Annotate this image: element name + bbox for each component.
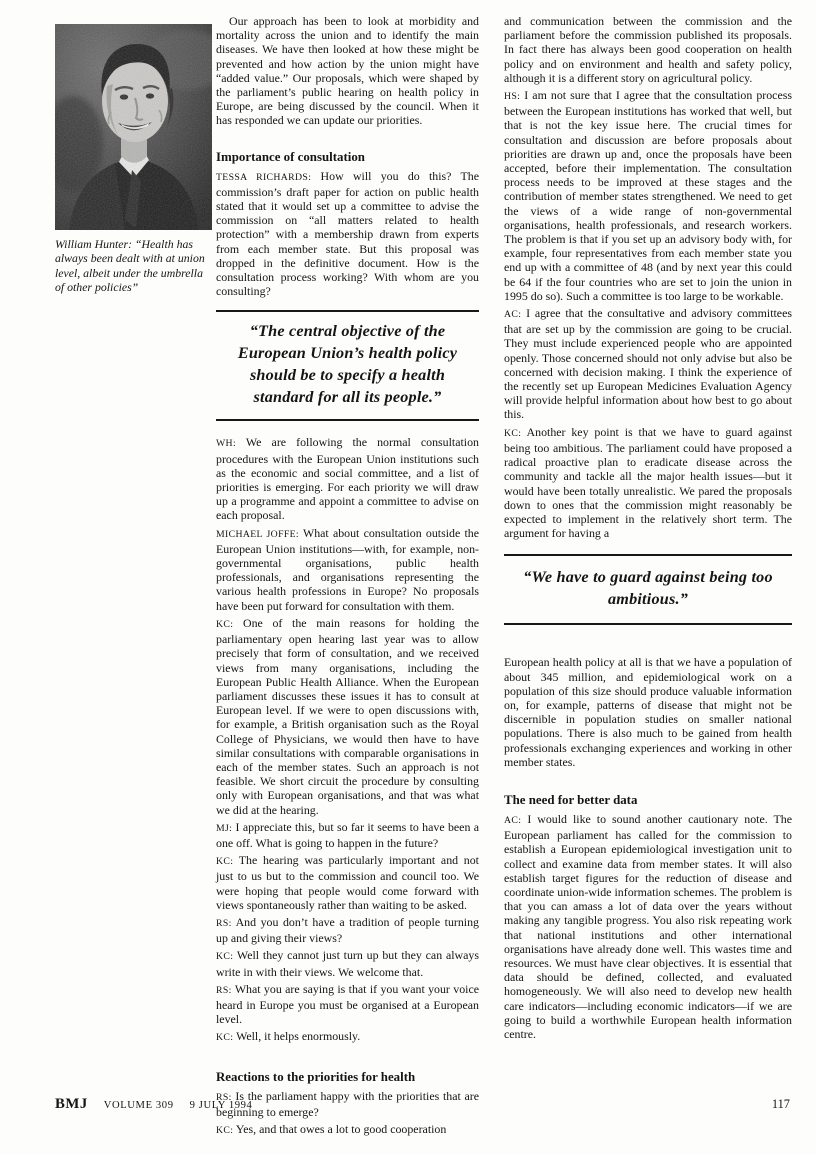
dialog-text: Another key point is that we have to gua… [504, 425, 792, 540]
paragraph-ac-1: AC: I agree that the consultative and ad… [504, 306, 792, 422]
speaker-label: KC: [216, 1125, 233, 1136]
paragraph-rs-1: RS: And you don’t have a tradition of pe… [216, 915, 479, 945]
dialog-text: I agree that the consultative and adviso… [504, 306, 792, 421]
dialog-text: One of the main reasons for holding the … [216, 616, 479, 817]
paragraph-continuation: and communication between the commission… [504, 14, 792, 85]
speaker-label: AC: [504, 815, 521, 826]
paragraph-rs-2: RS: What you are saying is that if you w… [216, 982, 479, 1027]
journal-page: William Hunter: “Health has always been … [0, 0, 816, 1155]
dialog-text: I am not sure that I agree that the cons… [504, 88, 792, 303]
paragraph-wh: WH: We are following the normal consulta… [216, 435, 479, 522]
portrait-photo [55, 24, 212, 230]
heading-need-for-better-data: The need for better data [504, 793, 792, 808]
dialog-text: How will you do this? The commission’s d… [216, 169, 479, 299]
journal-date: 9 JULY 1994 [190, 1100, 253, 1111]
pull-quote-guard-ambitious: “We have to guard against being too ambi… [504, 554, 792, 625]
dialog-text: I would like to sound another cautionary… [504, 812, 792, 1041]
speaker-label: MICHAEL JOFFE: [216, 529, 299, 540]
speaker-label: WH: [216, 438, 236, 449]
paragraph-intro: Our approach has been to look at morbidi… [216, 14, 479, 128]
paragraph-hs: HS: I am not sure that I agree that the … [504, 88, 792, 303]
paragraph-continuation-2: European health policy at all is that we… [504, 655, 792, 769]
paragraph-michael-joffe: MICHAEL JOFFE: What about consultation o… [216, 526, 479, 613]
journal-title: BMJ [55, 1096, 88, 1113]
column-left: William Hunter: “Health has always been … [55, 24, 213, 294]
speaker-label: HS: [504, 91, 520, 102]
paragraph-kc-right-1: KC: Another key point is that we have to… [504, 425, 792, 541]
portrait-figure: William Hunter: “Health has always been … [55, 24, 213, 294]
dialog-text: The hearing was particularly important a… [216, 853, 479, 912]
speaker-label: KC: [216, 619, 233, 630]
journal-volume: VOLUME 309 [104, 1100, 174, 1111]
speaker-label: TESSA RICHARDS: [216, 172, 311, 183]
page-number: 117 [772, 1097, 790, 1112]
paragraph-kc-5: KC: Yes, and that owes a lot to good coo… [216, 1122, 479, 1138]
paragraph-mj: MJ: I appreciate this, but so far it see… [216, 820, 479, 850]
speaker-label: MJ: [216, 823, 232, 834]
paragraph-ac-2: AC: I would like to sound another cautio… [504, 812, 792, 1041]
paragraph-kc-1: KC: One of the main reasons for holding … [216, 616, 479, 817]
dialog-text: Yes, and that owes a lot to good coopera… [236, 1122, 446, 1136]
heading-importance-of-consultation: Importance of consultation [216, 150, 479, 165]
heading-reactions-to-priorities: Reactions to the priorities for health [216, 1070, 479, 1085]
dialog-text: Well, it helps enormously. [236, 1029, 360, 1043]
speaker-label: KC: [216, 856, 233, 867]
speaker-label: KC: [504, 428, 521, 439]
speaker-label: KC: [216, 951, 233, 962]
column-right: and communication between the commission… [504, 14, 792, 1044]
speaker-label: KC: [216, 1032, 233, 1043]
speaker-label: RS: [216, 985, 232, 996]
page-footer: BMJ VOLUME 309 9 JULY 1994 117 [55, 1096, 790, 1113]
pull-quote-central-objective: “The central objective of the European U… [216, 310, 479, 421]
photo-caption: William Hunter: “Health has always been … [55, 237, 213, 294]
paragraph-kc-2: KC: The hearing was particularly importa… [216, 853, 479, 912]
paragraph-kc-4: KC: Well, it helps enormously. [216, 1029, 479, 1045]
dialog-text: What you are saying is that if you want … [216, 982, 479, 1026]
column-middle: Our approach has been to look at morbidi… [216, 14, 479, 1141]
dialog-text: And you don’t have a tradition of people… [216, 915, 479, 945]
dialog-text: Well they cannot just turn up but they c… [216, 948, 479, 978]
dialog-text: We are following the normal consultation… [216, 435, 479, 522]
paragraph-kc-3: KC: Well they cannot just turn up but th… [216, 948, 479, 978]
journal-info: BMJ VOLUME 309 9 JULY 1994 [55, 1096, 252, 1113]
speaker-label: AC: [504, 309, 521, 320]
paragraph-tessa-richards: TESSA RICHARDS: How will you do this? Th… [216, 169, 479, 299]
speaker-label: RS: [216, 918, 232, 929]
dialog-text: I appreciate this, but so far it seems t… [216, 820, 479, 850]
